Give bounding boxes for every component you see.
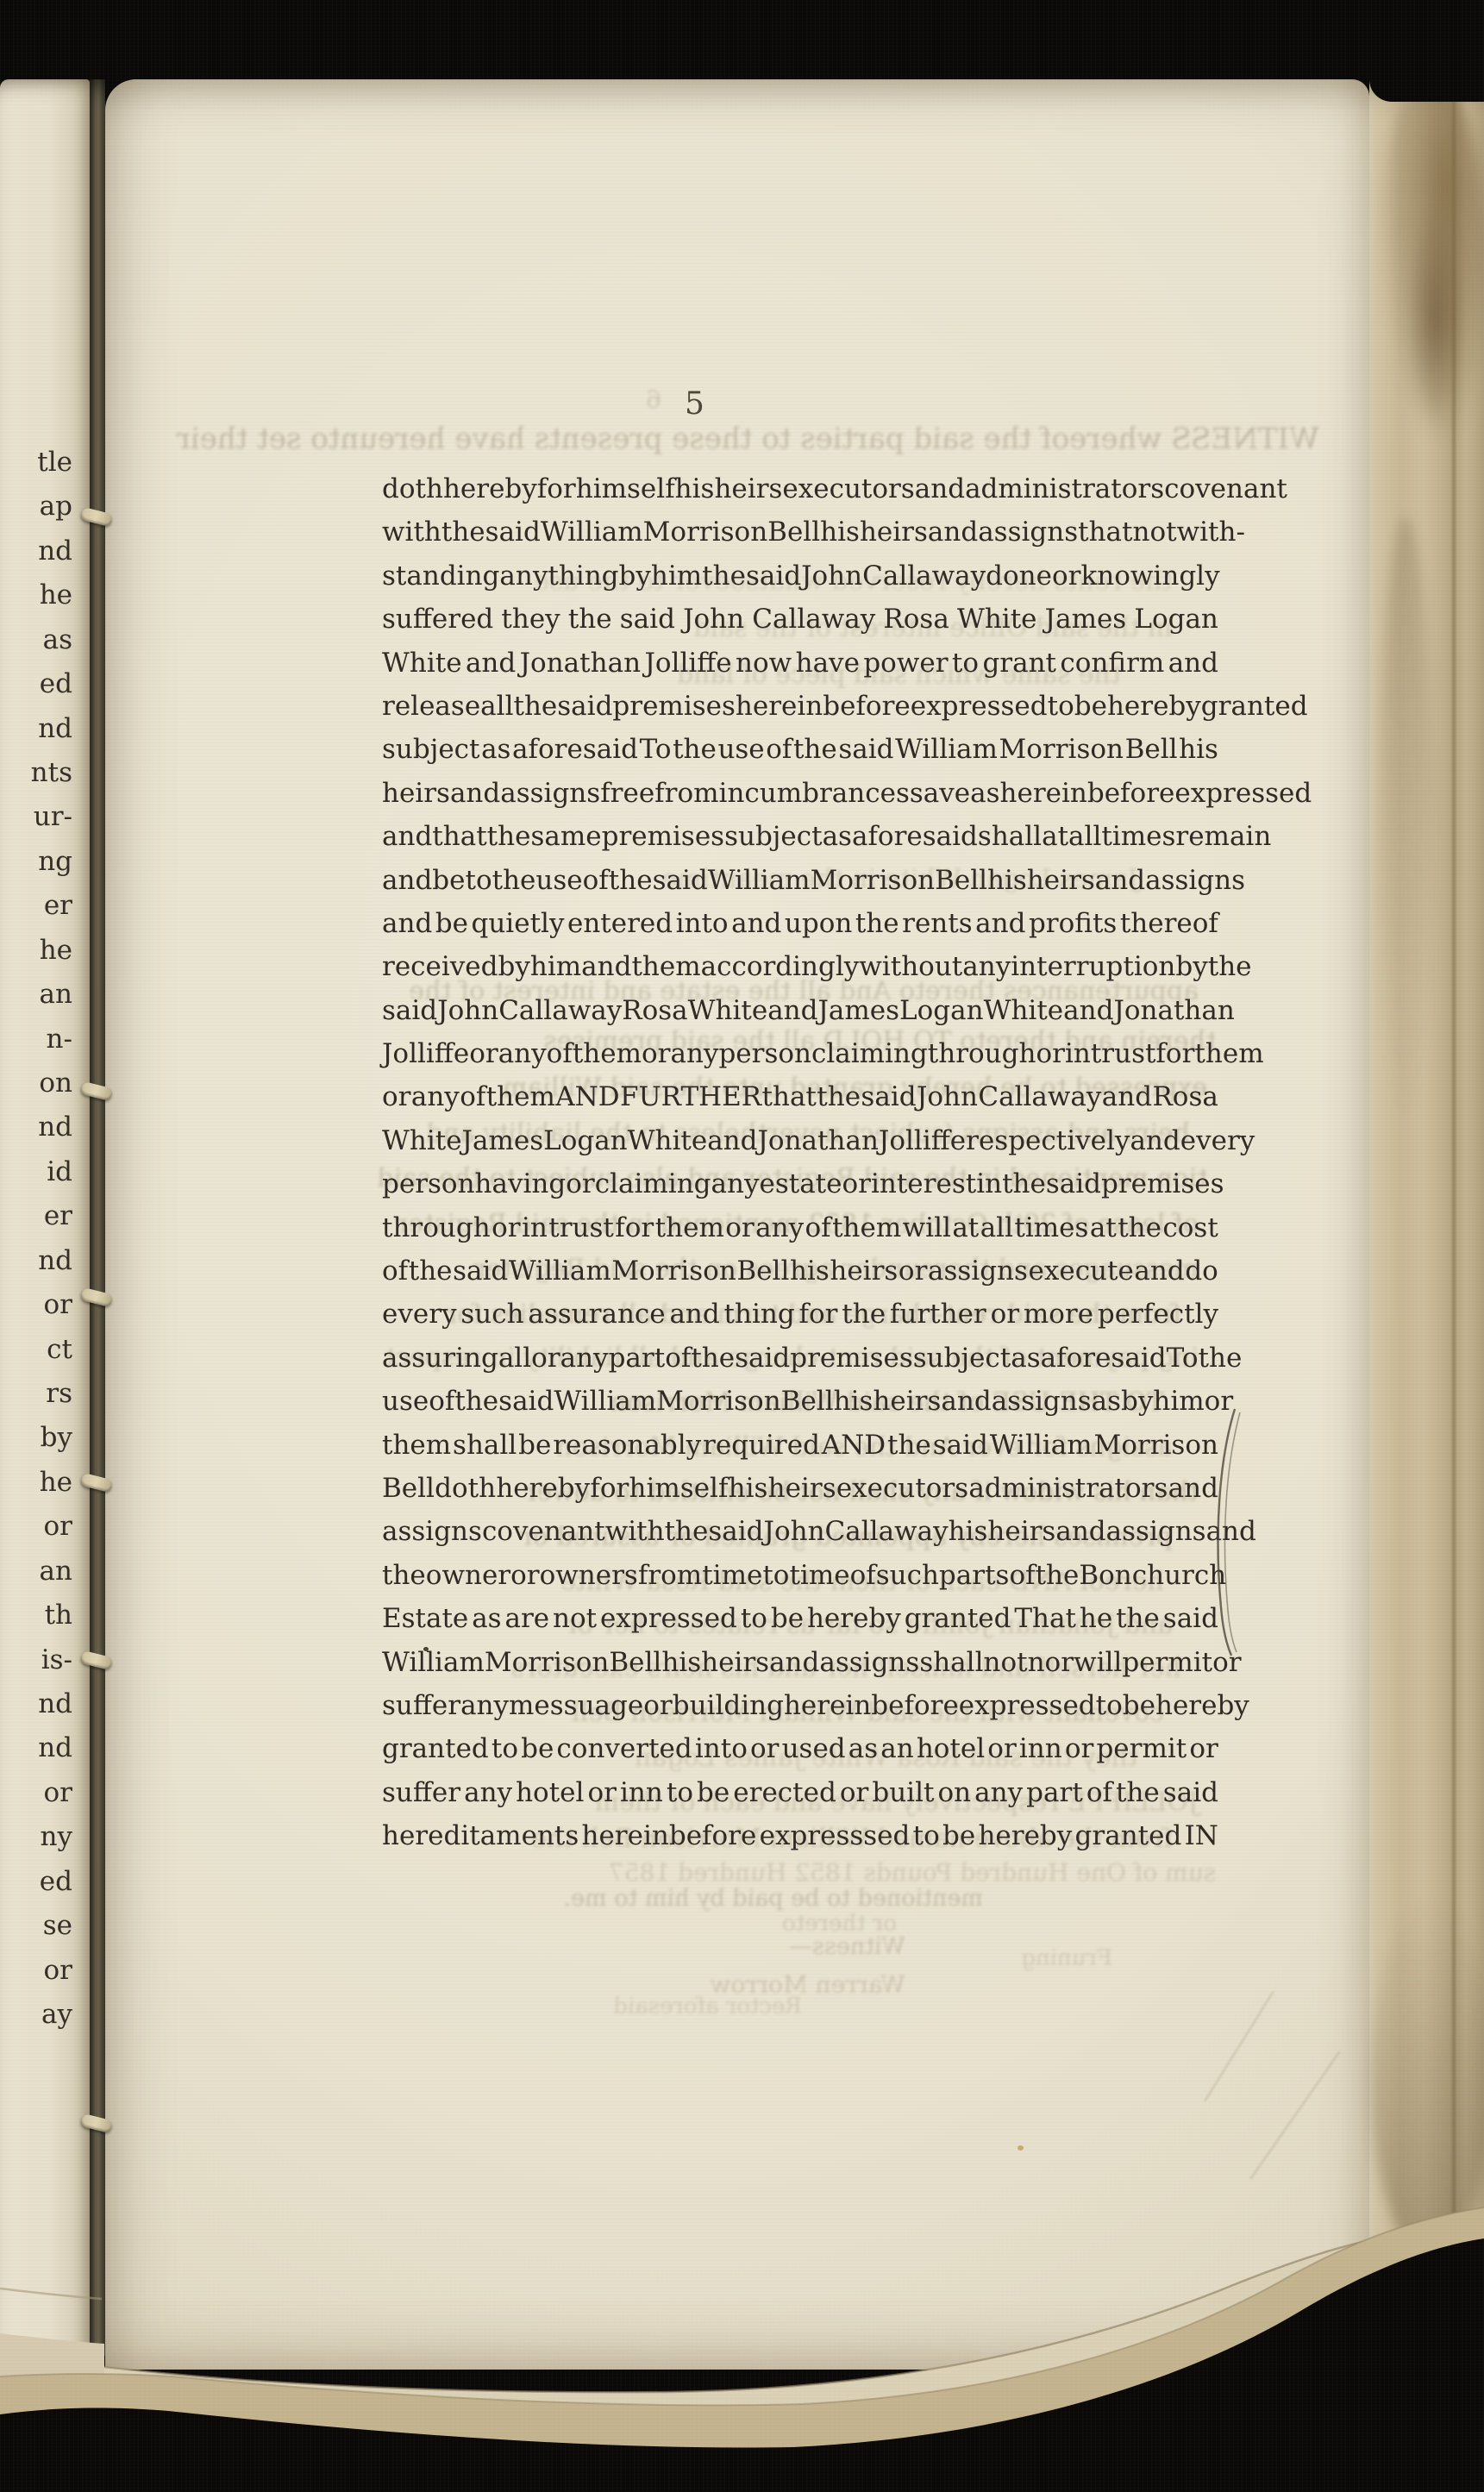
fore-edge-stain bbox=[1371, 1897, 1484, 2259]
show-through-text: WITNESS whereof the said parties to thes… bbox=[164, 424, 1319, 454]
text-line: throughorintrustforthemoranyofthemwillat… bbox=[382, 1209, 1218, 1252]
text-line: subjectasaforesaidTotheuseofthesaidWilli… bbox=[382, 730, 1218, 773]
fore-edge-stain bbox=[1406, 207, 1466, 431]
facing-page-text-fragment: nd bbox=[38, 1114, 72, 1141]
facing-page-text-fragment: on bbox=[39, 1070, 72, 1097]
facing-page-text-fragment: or bbox=[44, 1513, 72, 1540]
text-line: Belldothherebyforhimselfhisheirsexecutor… bbox=[382, 1469, 1218, 1512]
text-line: receivedbyhimandthemaccordinglywithoutan… bbox=[382, 948, 1218, 991]
facing-page-text-fragment: tle bbox=[37, 449, 72, 476]
text-line: saidJohnCallawayRosaWhiteandJamesLoganWh… bbox=[382, 992, 1218, 1035]
text-line: andbequietlyenteredintoandupontherentsan… bbox=[382, 905, 1218, 948]
facing-page-text-fragment: he bbox=[40, 937, 72, 964]
text-line: everysuchassuranceandthingforthefurthero… bbox=[382, 1295, 1218, 1338]
text-line: hereditamentshereinbeforeexpresssedtobeh… bbox=[382, 1817, 1218, 1860]
text-line: dothherebyforhimselfhisheirsexecutorsand… bbox=[382, 470, 1218, 513]
facing-page-text-fragment: n- bbox=[47, 1026, 72, 1053]
text-line: heirsandassignsfreefromincumbrancessavea… bbox=[382, 774, 1218, 817]
show-through-text: or thereto bbox=[759, 1913, 897, 1935]
facing-page-text-fragment: is- bbox=[41, 1647, 72, 1674]
facing-page-text-fragment: ed bbox=[40, 671, 72, 698]
facing-page-text-fragment: he bbox=[40, 582, 72, 609]
background-top-corner bbox=[1369, 0, 1484, 102]
facing-page-text-fragment: nd bbox=[38, 1691, 72, 1718]
margin-pen-stroke bbox=[1205, 1404, 1261, 1662]
text-line: sufferedtheythesaidJohnCallawayRosaWhite… bbox=[382, 600, 1218, 643]
show-through-text: Witness— bbox=[776, 1935, 905, 1958]
text-line: withthesaidWilliamMorrisonBellhisheirsan… bbox=[382, 513, 1218, 556]
text-line: assuringalloranypartofthesaidpremisessub… bbox=[382, 1339, 1218, 1382]
text-line: WilliamMorrisonBellhisheirsandassignssha… bbox=[382, 1644, 1218, 1687]
facing-page-text-fragment: rs bbox=[46, 1381, 72, 1407]
body-text: dothherebyforhimselfhisheirsexecutorsand… bbox=[382, 470, 1218, 1861]
text-line: ofthesaidWilliamMorrisonBellhisheirsoras… bbox=[382, 1252, 1218, 1295]
facing-page-text-fragment: nd bbox=[38, 1735, 72, 1762]
text-line: WhiteJamesLoganWhiteandJonathanJolliffer… bbox=[382, 1122, 1218, 1165]
show-through-text: Warren Morrow bbox=[716, 1973, 905, 1997]
text-line: andbetotheuseofthesaidWilliamMorrisonBel… bbox=[382, 861, 1218, 905]
show-through-text: Rector aforesaid bbox=[595, 1995, 802, 2018]
facing-page-text-fragment: ur- bbox=[34, 804, 72, 830]
surface-scratch bbox=[1250, 2051, 1341, 2180]
text-line: personhavingorclaiminganyestateorinteres… bbox=[382, 1165, 1218, 1208]
facing-page-text-fragment: ed bbox=[40, 1869, 72, 1895]
facing-page-text-fragment: er bbox=[44, 1203, 72, 1230]
page-number: 5 bbox=[685, 386, 704, 422]
facing-page-text-fragment: ny bbox=[41, 1824, 72, 1850]
text-line: themshallbereasonablyrequiredANDthesaidW… bbox=[382, 1426, 1218, 1469]
text-line: assignscovenantwiththesaidJohnCallawayhi… bbox=[382, 1512, 1218, 1556]
text-line: sufferanyhotelorinntobeerectedorbuiltona… bbox=[382, 1774, 1218, 1817]
facing-page-text-fragment: nd bbox=[38, 716, 72, 742]
show-through-text: Fruning bbox=[992, 1947, 1112, 1969]
book-photograph: tleapndheasedndntsur-ngerheann-onndidern… bbox=[0, 0, 1484, 2492]
facing-page-text-fragment: id bbox=[47, 1159, 72, 1186]
facing-page-text-fragment: er bbox=[44, 892, 72, 919]
text-line: theownerorownersfromtimetotimeofsuchpart… bbox=[382, 1556, 1218, 1600]
text-line: sufferanymessuageorbuildinghereinbeforee… bbox=[382, 1687, 1218, 1730]
document-page: 5 WITNESS whereof the said parties to th… bbox=[105, 79, 1369, 2370]
facing-page-text-fragment: he bbox=[40, 1469, 72, 1496]
facing-page-text-fragment: by bbox=[41, 1424, 72, 1451]
text-line: standinganythingbyhimthesaidJohnCallaway… bbox=[382, 557, 1218, 600]
facing-page-text-fragment: th bbox=[45, 1602, 72, 1629]
surface-scratch bbox=[1204, 1991, 1274, 2101]
facing-page-text-fragment: an bbox=[40, 1558, 72, 1585]
show-through-text: sum of One Hundred Pounds 1852 Hundred 1… bbox=[405, 1861, 1216, 1885]
facing-page-text-fragment: or bbox=[44, 1292, 72, 1318]
paper-stain-dot bbox=[1018, 2145, 1024, 2151]
text-line: useofthesaidWilliamMorrisonBellhisheirsa… bbox=[382, 1382, 1218, 1425]
binding-gutter bbox=[90, 79, 105, 2356]
facing-page-edge: tleapndheasedndntsur-ngerheann-onndidern… bbox=[0, 79, 90, 2356]
fore-edge-stain bbox=[1380, 517, 1431, 1121]
facing-page-text-fragment: or bbox=[44, 1780, 72, 1806]
facing-page-text-fragment: se bbox=[43, 1913, 72, 1939]
text-line: Jolliffeoranyofthemoranypersonclaimingth… bbox=[382, 1035, 1218, 1078]
facing-page-text-fragment: ap bbox=[40, 493, 72, 520]
facing-page-text-fragment: nd bbox=[38, 1248, 72, 1274]
text-line: Estateasarenotexpressedtobeherebygranted… bbox=[382, 1600, 1218, 1643]
show-through-text: 6 bbox=[636, 388, 661, 412]
text-line: releaseallthesaidpremiseshereinbeforeexp… bbox=[382, 687, 1218, 730]
ink-fleck bbox=[423, 1647, 429, 1651]
facing-page-text-fragment: ct bbox=[47, 1337, 72, 1363]
facing-page-text-fragment: as bbox=[43, 627, 72, 654]
text-line: andthatthesamepremisessubjectasaforesaid… bbox=[382, 817, 1218, 861]
text-line: oranyofthemANDFURTHERthatthesaidJohnCall… bbox=[382, 1078, 1218, 1121]
facing-page-text-fragment: or bbox=[44, 1957, 72, 1984]
facing-page-text-fragment: an bbox=[40, 981, 72, 1008]
show-through-text: mentioned to be paid by him to me. bbox=[621, 1887, 983, 1910]
facing-page-text-fragment: nts bbox=[31, 760, 72, 786]
text-line: grantedtobeconvertedintoorusedasanhotelo… bbox=[382, 1730, 1218, 1773]
facing-page-text-fragment: nd bbox=[38, 538, 72, 565]
facing-page-text-fragment: ay bbox=[41, 2001, 72, 2028]
facing-page-text-fragment: ng bbox=[38, 848, 72, 875]
text-line: WhiteandJonathanJolliffenowhavepowertogr… bbox=[382, 644, 1218, 687]
